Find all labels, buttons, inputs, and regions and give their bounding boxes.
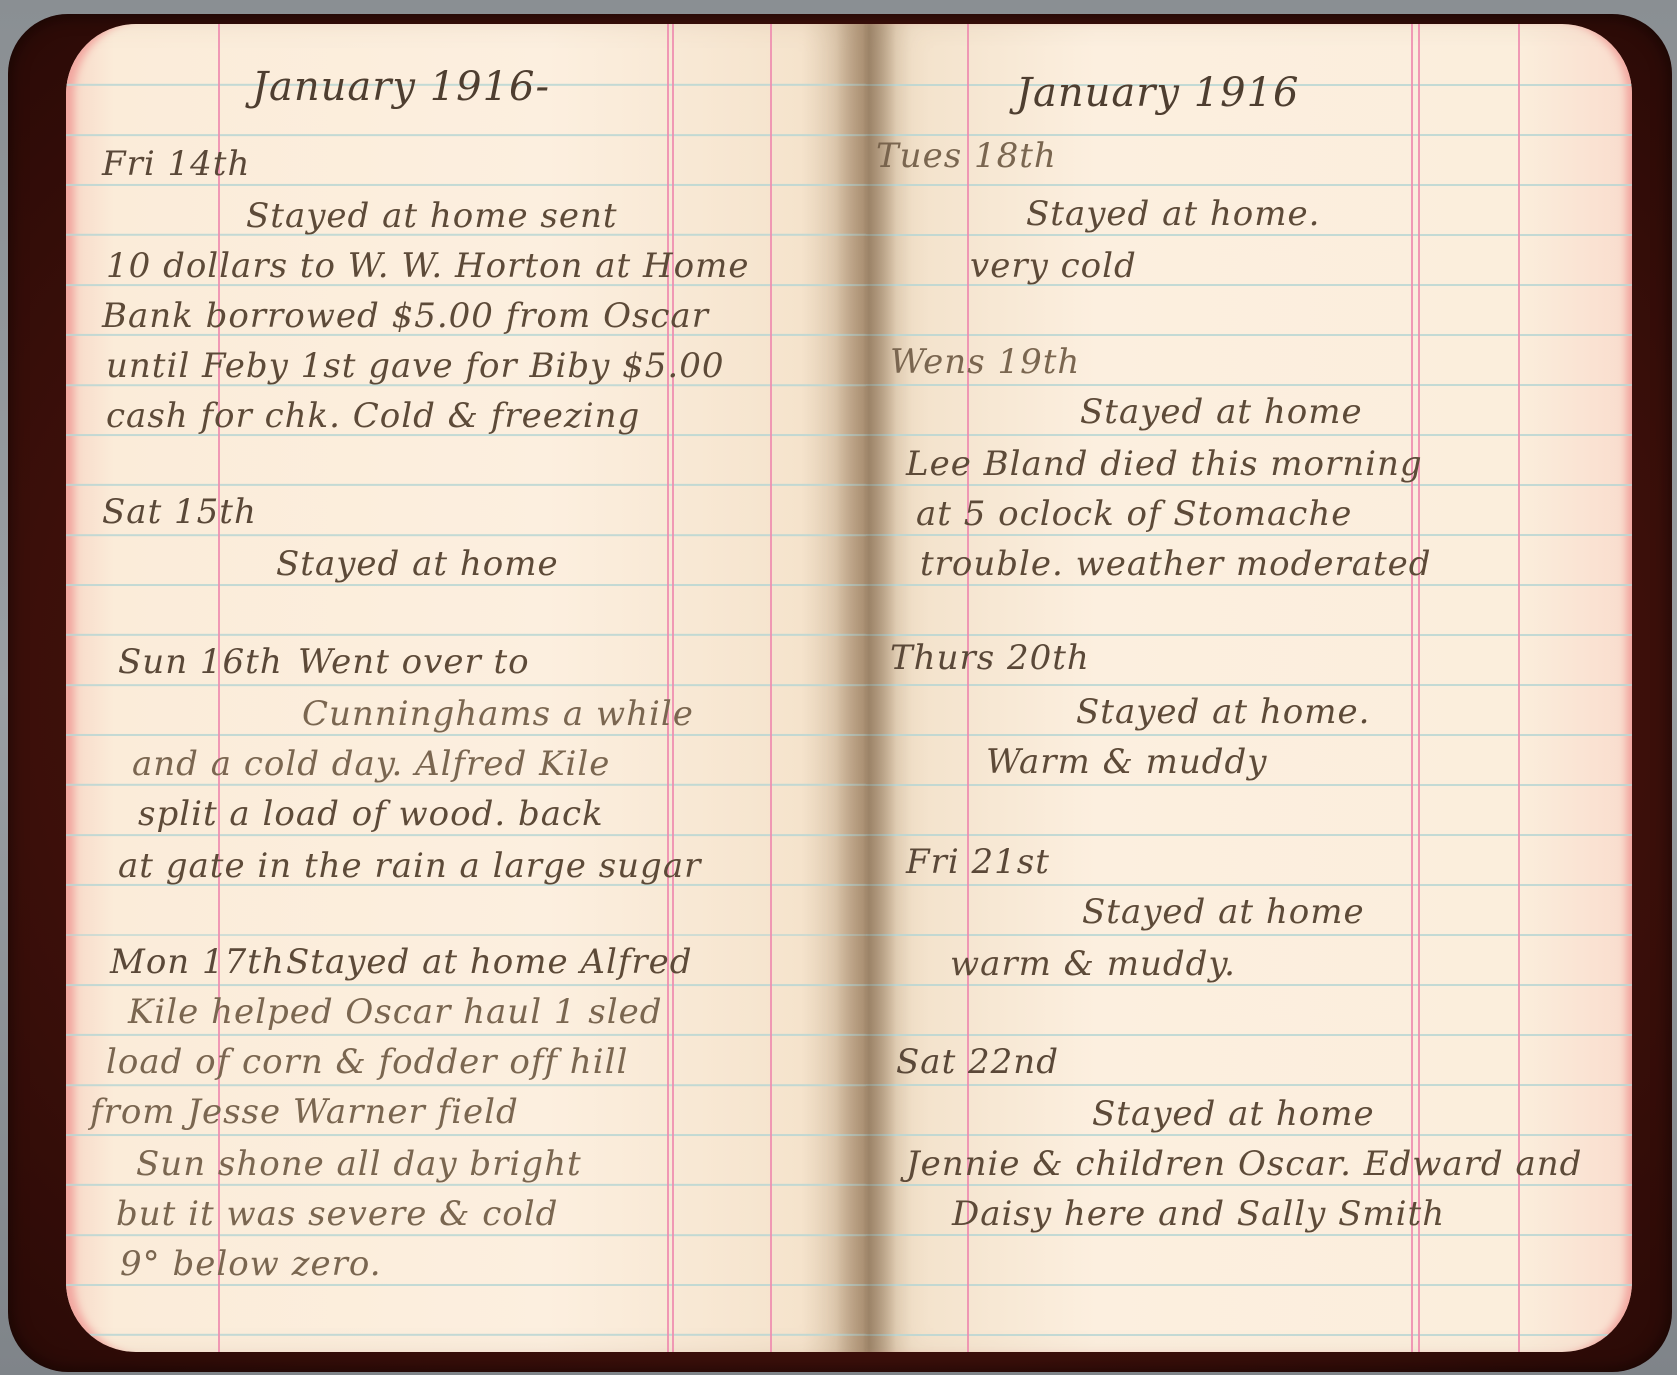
entry-date: Sat 15th [102,492,257,532]
entry-line: Stayed at home [1080,392,1363,432]
entry-line: Stayed at home. [1076,692,1370,732]
entry-date: Wens 19th [890,342,1080,382]
entry-line: Daisy here and Sally Smith [952,1194,1445,1234]
entry-line: very cold [970,246,1137,286]
entry-line: Went over to [298,642,530,682]
entry-line: until Feby 1st gave for Biby $5.00 [106,346,724,386]
page-header: January 1916- [252,64,550,110]
entry-line: Lee Bland died this morning [906,444,1423,484]
entry-line: split a load of wood. back [138,794,604,834]
entry-date: Mon 17th [110,942,285,982]
entry-line: Stayed at home Alfred [286,942,693,982]
entry-line: Stayed at home. [1026,194,1320,234]
entry-line: 10 dollars to W. W. Horton at Home [106,246,749,286]
entry-date: Sun 16th [118,642,283,682]
entry-line: trouble. weather moderated [920,544,1432,584]
page-header: January 1916 [1016,70,1299,116]
entry-date: Sat 22nd [896,1042,1059,1082]
entry-line: Warm & muddy [986,742,1268,782]
entry-line: and a cold day. Alfred Kile [132,744,610,784]
entry-date: Fri 14th [102,144,250,184]
entry-line: Stayed at home sent [246,196,618,236]
entry-line: Sun shone all day bright [136,1144,582,1184]
entry-line: Stayed at home [276,544,559,584]
left-page: January 1916- Fri 14th Stayed at home se… [66,24,866,1352]
entry-line: cash for chk. Cold & freezing [106,396,640,436]
entry-line: Stayed at home [1092,1094,1375,1134]
entry-line: Jennie & children Oscar. Edward and [906,1144,1582,1184]
entry-line: but it was severe & cold [116,1194,558,1234]
entry-line: at gate in the rain a large sugar [118,846,701,886]
entry-line: warm & muddy. [950,944,1236,984]
entry-line: Cunninghams a while [302,694,694,734]
entry-date: Thurs 20th [890,638,1090,678]
entry-line: from Jesse Warner field [90,1092,519,1132]
entry-line: Kile helped Oscar haul 1 sled [128,992,663,1032]
column-line [667,24,669,1352]
entry-line: at 5 oclock of Stomache [916,494,1352,534]
entry-line: 9° below zero. [120,1244,382,1284]
entry-date: Fri 21st [906,842,1050,882]
entry-line: Stayed at home [1082,892,1365,932]
entry-date: Tues 18th [876,136,1057,176]
column-line [770,24,772,1352]
column-line [672,24,674,1352]
entry-line: load of corn & fodder off hill [106,1042,628,1082]
right-page: January 1916 Tues 18th Stayed at home. v… [866,24,1632,1352]
entry-line: Bank borrowed $5.00 from Oscar [102,296,709,336]
